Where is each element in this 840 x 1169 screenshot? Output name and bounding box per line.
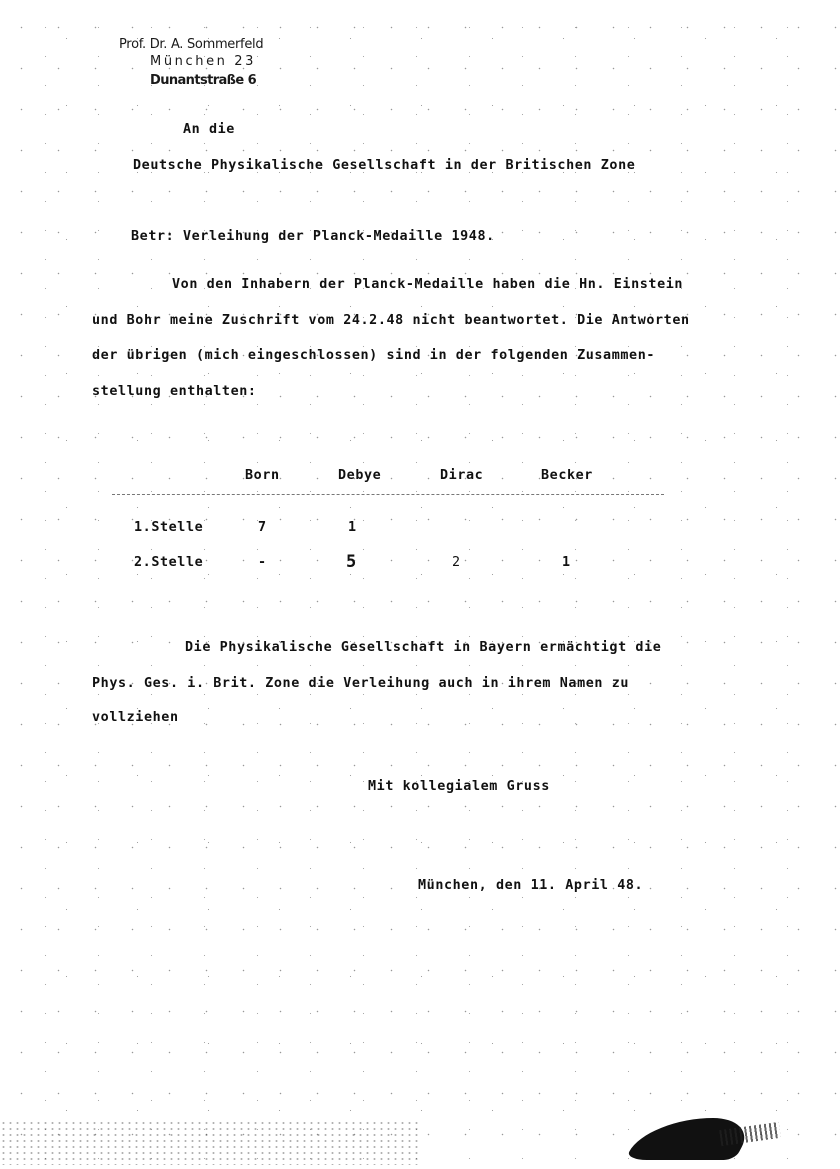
cell-first-born: 7 (258, 520, 267, 535)
scan-noise (0, 0, 840, 1169)
closing-salutation: Mit kollegialem Gruss (368, 779, 550, 794)
letter-page: Prof. Dr. A. Sommerfeld München 23 Dunan… (0, 0, 840, 1169)
letterhead-street: Dunantstraße 6 (150, 73, 256, 88)
cell-second-dirac: 2 (452, 555, 461, 570)
column-header-debye: Debye (338, 468, 381, 483)
table-divider (112, 494, 664, 495)
recipient-line-1: An die (183, 122, 235, 137)
cell-second-born: - (258, 555, 267, 570)
column-header-dirac: Dirac (440, 468, 483, 483)
paragraph-1-line-2: und Bohr meine Zuschrift vom 24.2.48 nic… (92, 313, 690, 328)
row-label-second-place: 2.Stelle (134, 555, 203, 570)
letterhead-city: München 23 (150, 54, 256, 69)
paragraph-2-line-3: vollziehen (92, 710, 179, 725)
cell-second-becker: 1 (562, 555, 571, 570)
paragraph-1-line-4: stellung enthalten: (92, 384, 257, 399)
paragraph-1-line-1: Von den Inhabern der Planck-Medaille hab… (172, 277, 683, 292)
cell-second-debye: 5 (346, 552, 357, 572)
row-label-first-place: 1.Stelle (134, 520, 203, 535)
subject-line: Betr: Verleihung der Planck-Medaille 194… (131, 229, 495, 244)
column-header-becker: Becker (541, 468, 593, 483)
cell-first-debye: 1 (348, 520, 357, 535)
recipient-line-2: Deutsche Physikalische Gesellschaft in d… (133, 158, 635, 173)
paragraph-2-line-2: Phys. Ges. i. Brit. Zone die Verleihung … (92, 676, 629, 691)
scan-noise-bottom (0, 1120, 420, 1165)
paragraph-1-line-3: der übrigen (mich eingeschlossen) sind i… (92, 348, 655, 363)
column-header-born: Born (245, 468, 280, 483)
letterhead-name: Prof. Dr. A. Sommerfeld (119, 37, 263, 52)
paragraph-2-line-1: Die Physikalische Gesellschaft in Bayern… (185, 640, 661, 655)
date-line: München, den 11. April 48. (418, 878, 643, 893)
